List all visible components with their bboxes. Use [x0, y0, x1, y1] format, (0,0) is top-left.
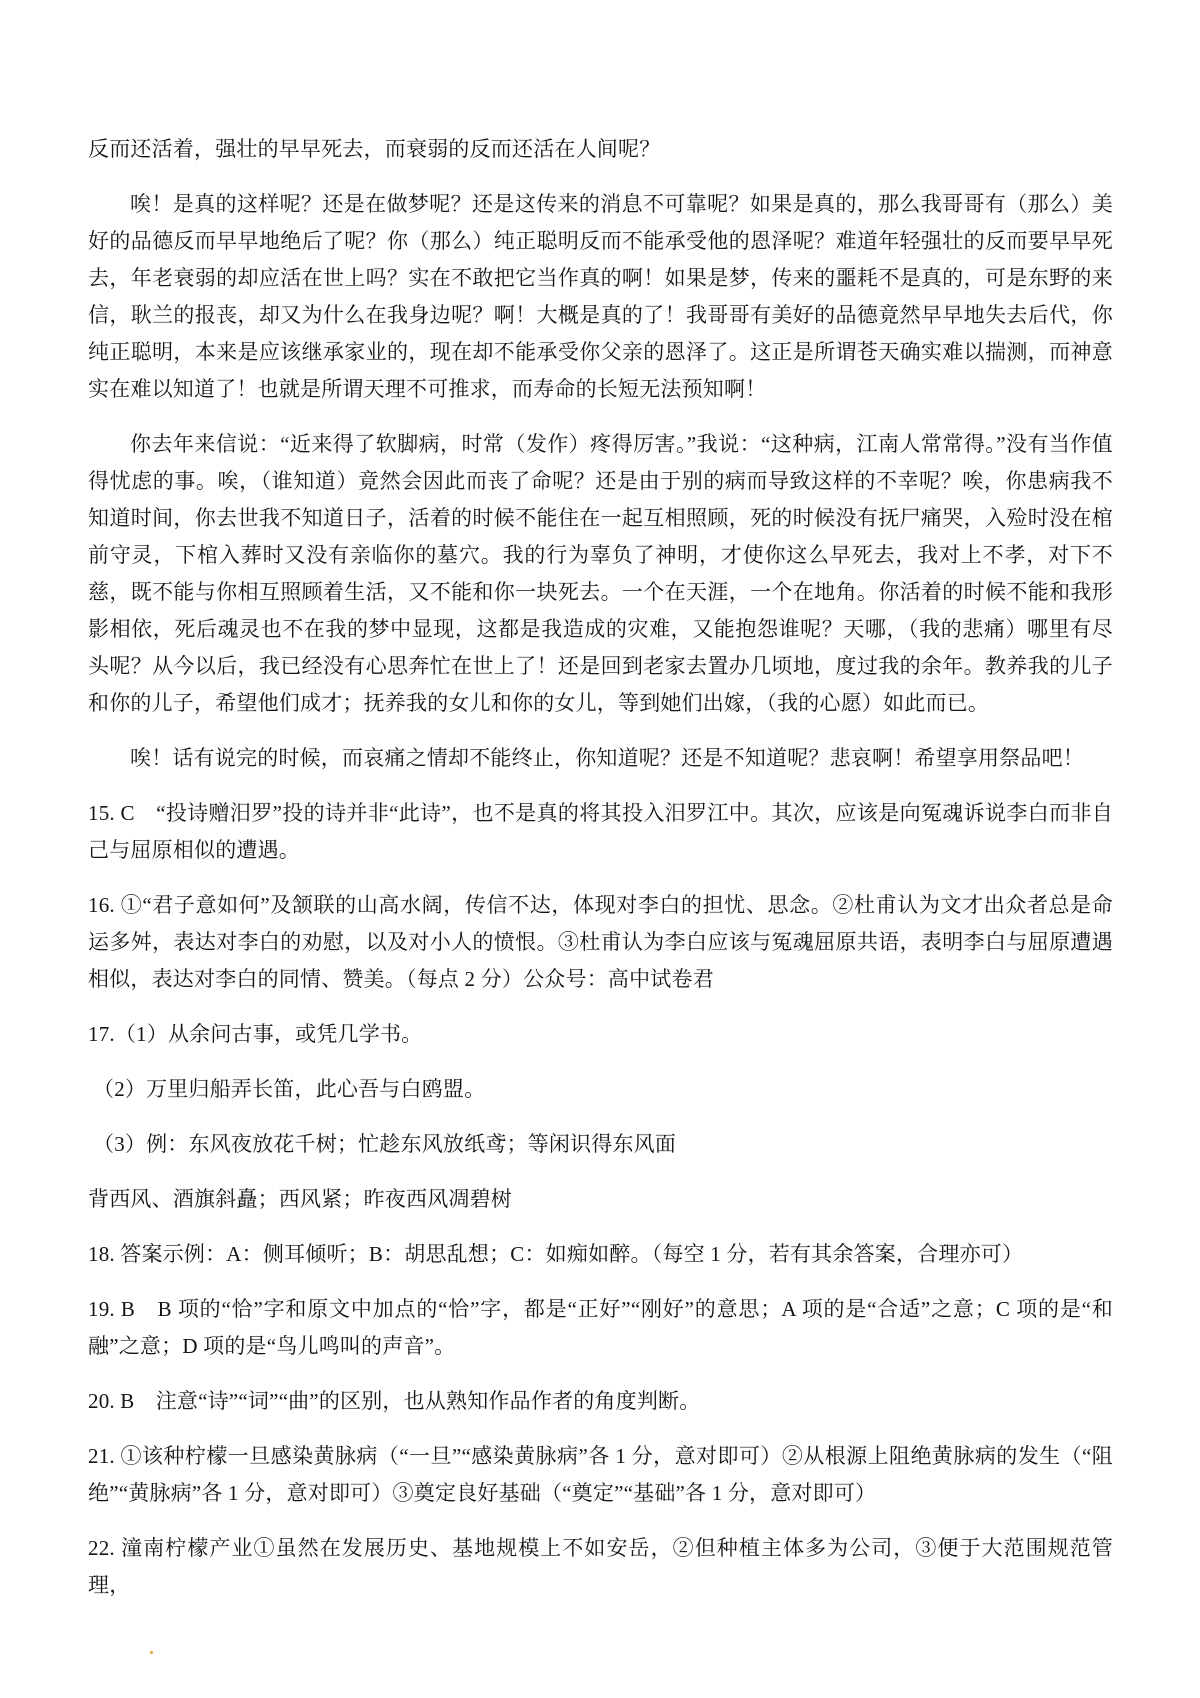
answer-17-2: （2）万里归船弄长笛，此心吾与白鸥盟。 [88, 1071, 1113, 1108]
answer-20: 20. B 注意“诗”“词”“曲”的区别，也从熟知作品作者的角度判断。 [88, 1383, 1113, 1420]
answer-17-1: 17.（1）从余问古事，或凭几学书。 [88, 1016, 1113, 1053]
translation-paragraph-3: 唉！话有说完的时候，而哀痛之情却不能终止，你知道呢？还是不知道呢？悲哀啊！希望享… [88, 740, 1113, 777]
translation-paragraph-2: 你去年来信说：“近来得了软脚病，时常（发作）疼得厉害。”我说：“这种病，江南人常… [88, 426, 1113, 722]
answer-22: 22. 潼南柠檬产业①虽然在发展历史、基地规模上不如安岳，②但种植主体多为公司，… [88, 1530, 1113, 1604]
answer-18: 18. 答案示例：A：侧耳倾听；B：胡思乱想；C：如痴如醉。（每空 1 分，若有… [88, 1236, 1113, 1273]
answer-16: 16. ①“君子意如何”及颔联的山高水阔，传信不达，体现对李白的担忧、思念。②杜… [88, 887, 1113, 998]
answer-21: 21. ①该种柠檬一旦感染黄脉病（“一旦”“感染黄脉病”各 1 分，意对即可）②… [88, 1438, 1113, 1512]
answer-17-3: （3）例：东风夜放花千树；忙趁东风放纸鸢；等闲识得东风面 [88, 1126, 1113, 1163]
answer-17-3-continued: 背西风、酒旗斜矗；西风紧；昨夜西风凋碧树 [88, 1181, 1113, 1218]
answer-15: 15. C “投诗赠汨罗”投的诗并非“此诗”，也不是真的将其投入汨罗江中。其次，… [88, 795, 1113, 869]
translation-paragraph-1: 唉！是真的这样呢？还是在做梦呢？还是这传来的消息不可靠呢？如果是真的，那么我哥哥… [88, 186, 1113, 408]
scan-artifact-dot [150, 1651, 153, 1654]
continuation-line: 反而还活着，强壮的早早死去，而衰弱的反而还活在人间呢？ [88, 131, 1113, 168]
answer-19: 19. B B 项的“恰”字和原文中加点的“恰”字，都是“正好”“刚好”的意思；… [88, 1291, 1113, 1365]
document-page: 反而还活着，强壮的早早死去，而衰弱的反而还活在人间呢？ 唉！是真的这样呢？还是在… [0, 0, 1200, 1698]
